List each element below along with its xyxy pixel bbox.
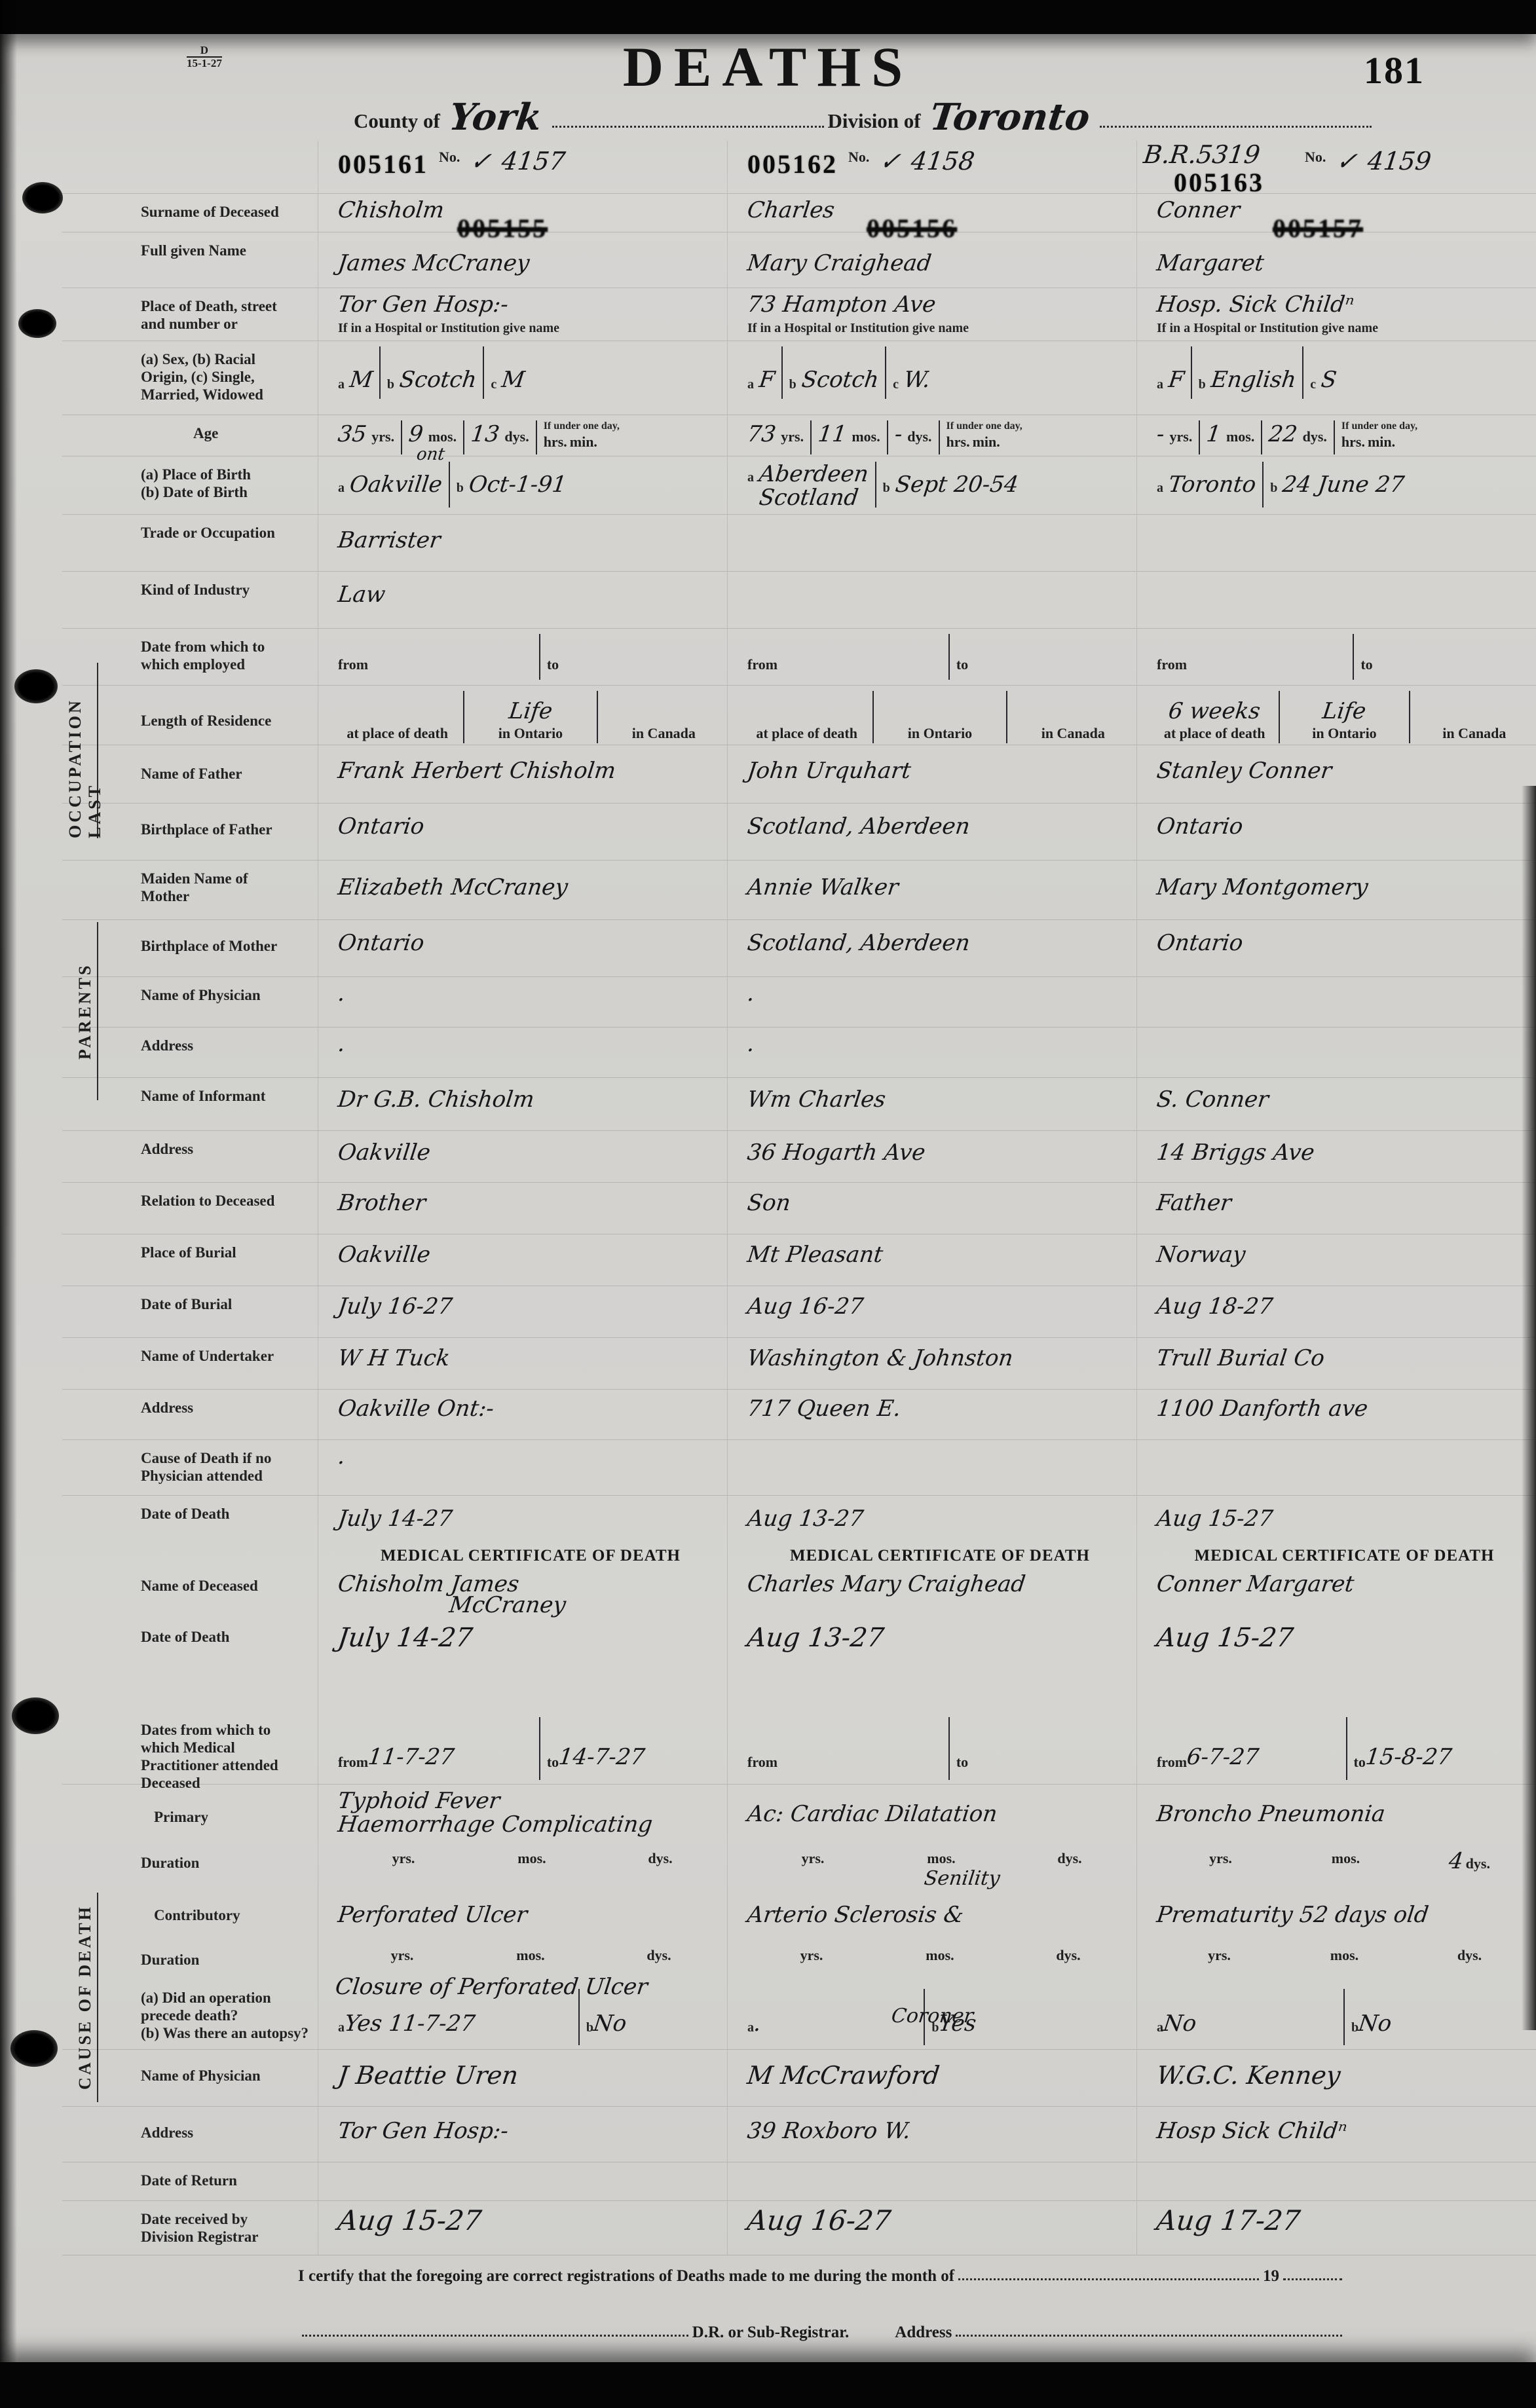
undertaker-value: Trull Burial Co <box>1136 1338 1536 1389</box>
attended-from: 6-7-27 <box>1186 1746 1260 1769</box>
record3-registration: B.R.5319 005163 No. ✓ 4159 <box>1136 141 1536 193</box>
row-informant: Name of Informant Dr G.B. Chisholm Wm Ch… <box>62 1078 1536 1131</box>
cause-no-physician-value <box>727 1440 1136 1495</box>
sex-origin-marital-value: aF bScotch cW. <box>727 341 1136 415</box>
undertaker-address-value: 1100 Danforth ave <box>1136 1390 1536 1439</box>
given-name-value: 005156 Mary Craighead <box>727 232 1136 287</box>
divider-line <box>401 420 402 454</box>
stamp-number: 005162 <box>747 149 838 179</box>
divider-line <box>1302 346 1303 399</box>
field-label: Duration <box>62 1942 318 1984</box>
marital-value: W. <box>903 369 931 392</box>
row-certifying-physician-address: Address Tor Gen Hosp:- 39 Roxboro W. Hos… <box>62 2107 1536 2162</box>
age-months: 1 <box>1205 423 1222 447</box>
page-number: 181 <box>1364 48 1425 92</box>
place-of-death-value: Hosp. Sick ChildⁿIf in a Hospital or Ins… <box>1136 288 1536 341</box>
medical-certificate-header: MEDICAL CERTIFICATE OF DEATH <box>727 1544 1136 1568</box>
row-informant-address: Address Oakville 36 Hogarth Ave 14 Brigg… <box>62 1131 1536 1183</box>
no-label: No. <box>439 149 460 166</box>
mother-value: Mary Montgomery <box>1136 861 1536 919</box>
divider-line <box>1409 691 1410 743</box>
date-of-return-value <box>318 2162 727 2200</box>
divider-line <box>948 1717 950 1780</box>
contributory-value: Perforated Ulcer <box>318 1887 727 1942</box>
autopsy-answer: No <box>1357 2012 1393 2036</box>
age-days: 22 <box>1267 423 1299 447</box>
year-prefix: 19 <box>1263 2267 1279 2286</box>
row-operation-autopsy: (a) Did an operationprecede death?(b) Wa… <box>62 1984 1536 2050</box>
cause-no-physician-value <box>1136 1440 1536 1495</box>
under-one-day-note: If under one day, <box>544 420 620 432</box>
burial-place-value: Norway <box>1136 1234 1536 1286</box>
row-place-of-death: Place of Death, streetand number or Tor … <box>62 288 1536 341</box>
birth-date: Oct-1-91 <box>468 473 568 497</box>
informant-address-value: Oakville <box>318 1131 727 1182</box>
row-certificate-date: Date of Death July 14-27 Aug 13-27 Aug 1… <box>62 1619 1536 1673</box>
field-label: (a) Place of Birth(b) Date of Birth <box>62 456 318 514</box>
birth-value: aToronto b24 June 27 <box>1136 456 1536 514</box>
row-mother-birthplace: Birthplace of Mother Ontario Scotland, A… <box>62 920 1536 977</box>
occupation-value <box>1136 515 1536 571</box>
physician-value <box>1136 977 1536 1027</box>
field-label: Name of Undertaker <box>62 1338 318 1389</box>
divider-line <box>597 691 598 743</box>
father-value: Frank Herbert Chisholm <box>318 745 727 803</box>
divider-line <box>1343 1989 1345 2045</box>
certify-text: I certify that the foregoing are correct… <box>298 2267 954 2286</box>
row-length-of-residence: Length of Residence at place of death Li… <box>62 686 1536 745</box>
father-birthplace-value: Ontario <box>318 804 727 860</box>
birth-value: aAberdeenScotland bSept 20-54 <box>727 456 1136 514</box>
occupation-value <box>727 515 1136 571</box>
birth-date: Sept 20-54 <box>894 473 1020 497</box>
certificate-name-line2: McCraney <box>448 1594 724 1618</box>
divider-line <box>1199 420 1200 454</box>
under-one-day-note: If under one day, <box>1341 420 1417 432</box>
relation-value: Father <box>1136 1183 1536 1234</box>
row-mother: Maiden Name ofMother Elizabeth McCraney … <box>62 861 1536 920</box>
row-occupation: Trade or Occupation Barrister <box>62 515 1536 572</box>
divider-line <box>483 346 484 399</box>
divider-line <box>539 634 540 680</box>
field-label: Name of Father <box>62 745 318 803</box>
duration-value: yrs. mos. dys. <box>318 1845 727 1887</box>
field-label: Relation to Deceased <box>62 1183 318 1234</box>
primary-cause-value: Ac: Cardiac Dilatation <box>727 1785 1136 1845</box>
racial-origin-value: Scotch <box>398 369 478 392</box>
field-label: Address <box>62 1131 318 1182</box>
field-label: Surname of Deceased <box>62 194 318 232</box>
row-burial-date: Date of Burial July 16-27 Aug 16-27 Aug … <box>62 1286 1536 1338</box>
punch-hole <box>18 309 56 338</box>
certificate-name-value: Conner Margaret <box>1136 1568 1536 1619</box>
birth-place: Oakville <box>348 473 443 497</box>
field-label: Length of Residence <box>62 686 318 745</box>
registrar-label: D.R. or Sub-Registrar. <box>692 2324 850 2342</box>
relation-value: Son <box>727 1183 1136 1234</box>
primary-cause-value: Broncho Pneumonia <box>1136 1785 1536 1845</box>
registration-number: 4158 <box>910 149 977 175</box>
birth-annotation: ont <box>415 446 445 464</box>
field-label: Dates from which towhich MedicalPractiti… <box>62 1712 318 1784</box>
row-date-of-death: Date of Death July 14-27 Aug 13-27 Aug 1… <box>62 1496 1536 1544</box>
autopsy-answer: No <box>592 2012 628 2036</box>
field-label: Age <box>62 415 318 456</box>
registration-number: 4157 <box>500 149 567 175</box>
father-birthplace-value: Ontario <box>1136 804 1536 860</box>
field-label: (a) Did an operationprecede death?(b) Wa… <box>62 1984 318 2049</box>
check-icon: ✓ <box>469 149 493 175</box>
row-certificate-name: Name of Deceased Chisholm JamesMcCraney … <box>62 1568 1536 1619</box>
field-label <box>62 1544 318 1568</box>
medical-certificate-header: MEDICAL CERTIFICATE OF DEATH <box>1136 1544 1536 1568</box>
divider-line <box>810 420 812 454</box>
county-value: York <box>447 98 544 137</box>
field-label: Address <box>62 2107 318 2162</box>
sex-origin-marital-value: aM bScotch cM <box>318 341 727 415</box>
certifying-physician-value: J Beattie Uren <box>318 2050 727 2106</box>
certifying-physician-address-value: 39 Roxboro W. <box>727 2107 1136 2162</box>
burial-place-value: Oakville <box>318 1234 727 1286</box>
row-date-received: Date received byDivision Registrar Aug 1… <box>62 2201 1536 2255</box>
informant-value: Dr G.B. Chisholm <box>318 1078 727 1130</box>
row-physician-address: Address . . <box>62 1028 1536 1078</box>
operation-autopsy-value: aNobNo <box>1136 1984 1536 2049</box>
field-label: Name of Informant <box>62 1078 318 1130</box>
division-label: Division of <box>828 109 921 133</box>
industry-value <box>1136 572 1536 628</box>
dotted-leader <box>1283 2272 1342 2280</box>
row-spacer <box>62 1673 1536 1712</box>
physician-address-value <box>1136 1028 1536 1077</box>
operation-answer: No <box>1162 2012 1198 2036</box>
attended-dates-value: fromto <box>727 1712 1136 1784</box>
stamp-number: 005161 <box>338 149 428 179</box>
age-days: - <box>893 423 904 447</box>
contributory-value: Prematurity 52 days old <box>1136 1887 1536 1942</box>
undertaker-address-value: 717 Queen E. <box>727 1390 1136 1439</box>
field-label: Birthplace of Mother <box>62 920 318 976</box>
dates-employed-value: fromto <box>318 629 727 685</box>
row-medical-certificate-header: MEDICAL CERTIFICATE OF DEATH MEDICAL CER… <box>62 1544 1536 1568</box>
row-age: Age 35yrs. 9mos. 13dys. If under one day… <box>62 415 1536 456</box>
field-label: Primary <box>62 1785 318 1845</box>
sex-value: M <box>348 369 374 392</box>
divider-line <box>539 1717 540 1780</box>
field-label: Date of Return <box>62 2162 318 2200</box>
row-primary-cause: Primary Typhoid FeverHaemorrhage Complic… <box>62 1785 1536 1845</box>
physician-address-value: . <box>727 1028 1136 1077</box>
field-label: Name of Physician <box>62 2050 318 2106</box>
divider-line <box>1279 691 1280 743</box>
dotted-leader <box>956 2328 1342 2337</box>
voided-stamp: 005156 <box>867 213 957 244</box>
given-name-value: 005157 Margaret <box>1136 232 1536 287</box>
divider-line <box>885 346 886 399</box>
field-label: Full given Name <box>62 232 318 287</box>
divider-line <box>781 346 783 399</box>
relation-value: Brother <box>318 1183 727 1234</box>
birth-place-line2: Scotland <box>758 487 860 510</box>
physician-value: . <box>727 977 1136 1027</box>
no-label: No. <box>848 149 869 166</box>
divider-line <box>1006 691 1007 743</box>
father-value: John Urquhart <box>727 745 1136 803</box>
scanned-death-register-page: D 15-1-27 DEATHS 181 County of York Divi… <box>0 0 1536 2408</box>
age-days: 13 <box>470 423 501 447</box>
field-label: Duration <box>62 1845 318 1887</box>
row-certifying-physician: Name of Physician J Beattie Uren M McCra… <box>62 2050 1536 2107</box>
under-one-day-note: If under one day, <box>946 420 1022 432</box>
duration-value: yrs.mos.dys. <box>1136 1942 1536 1984</box>
field-label: Kind of Industry <box>62 572 318 628</box>
burial-date-value: Aug 16-27 <box>727 1286 1136 1337</box>
divider-line <box>1353 634 1354 680</box>
age-years: 35 <box>337 423 368 447</box>
divider-line <box>1262 462 1264 508</box>
residence-in-ontario: Life <box>1321 700 1368 724</box>
divider-line <box>875 462 876 508</box>
divider-line <box>939 420 940 454</box>
hospital-note: If in a Hospital or Institution give nam… <box>1157 321 1532 336</box>
divider-line <box>1261 420 1262 454</box>
row-industry: Kind of Industry Law <box>62 572 1536 629</box>
place-of-death-value: Tor Gen Hosp:-If in a Hospital or Instit… <box>318 288 727 341</box>
row-date-of-return: Date of Return <box>62 2162 1536 2201</box>
contributory-value: SenilityArterio Sclerosis & <box>727 1887 1136 1942</box>
mother-value: Annie Walker <box>727 861 1136 919</box>
county-label: County of <box>354 109 440 133</box>
check-icon: ✓ <box>878 149 903 175</box>
register-table: 005161 No. ✓ 4157 005162 No. ✓ 4158 B.R.… <box>62 141 1536 2255</box>
field-label: (a) Sex, (b) RacialOrigin, (c) Single,Ma… <box>62 341 318 415</box>
physician-value: . <box>318 977 727 1027</box>
burial-date-value: July 16-27 <box>318 1286 727 1337</box>
date-received-value: Aug 17-27 <box>1136 2201 1536 2255</box>
operation-note: Closure of Perforated Ulcer <box>334 1976 649 1999</box>
field-label: Place of Death, streetand number or <box>62 288 318 341</box>
row-birth: (a) Place of Birth(b) Date of Birth ont … <box>62 456 1536 515</box>
attended-from: 11-7-27 <box>367 1746 456 1769</box>
certificate-name-value: Chisholm JamesMcCraney <box>318 1568 727 1619</box>
county-division-line: County of York Division of Toronto <box>354 98 1376 133</box>
sex-value: F <box>1167 369 1186 392</box>
place-of-death-value: 73 Hampton AveIf in a Hospital or Instit… <box>727 288 1136 341</box>
row-registration-numbers: 005161 No. ✓ 4157 005162 No. ✓ 4158 B.R.… <box>62 141 1536 194</box>
attended-to: 15-8-27 <box>1364 1746 1453 1769</box>
mother-value: Elizabeth McCraney <box>318 861 727 919</box>
age-value: -yrs. 1mos. 22dys. If under one day,hrs.… <box>1136 415 1536 456</box>
date-received-value: Aug 15-27 <box>318 2201 727 2255</box>
informant-value: S. Conner <box>1136 1078 1536 1130</box>
date-of-death-value: July 14-27 <box>318 1496 727 1544</box>
marital-value: S <box>1320 369 1338 392</box>
punch-hole <box>22 182 63 213</box>
certifying-physician-address-value: Tor Gen Hosp:- <box>318 2107 727 2162</box>
age-value: 73yrs. 11mos. -dys. If under one day,hrs… <box>727 415 1136 456</box>
age-months: 11 <box>817 423 848 447</box>
dates-employed-value: fromto <box>1136 629 1536 685</box>
physician-address-value: . <box>318 1028 727 1077</box>
field-label: Date of Death <box>62 1619 318 1673</box>
residence-value: 6 weeksat place of death Lifein Ontario … <box>1136 686 1536 745</box>
divider-line <box>463 420 464 454</box>
punch-hole <box>10 2030 58 2067</box>
field-label: Name of Deceased <box>62 1568 318 1619</box>
divider-line <box>887 420 888 454</box>
certifying-physician-value: M McCrawford <box>727 2050 1136 2106</box>
burial-place-value: Mt Pleasant <box>727 1234 1136 1286</box>
age-value: 35yrs. 9mos. 13dys. If under one day,hrs… <box>318 415 727 456</box>
occupation-value: Barrister <box>318 515 727 571</box>
field-label <box>62 141 318 193</box>
mother-birthplace-value: Scotland, Aberdeen <box>727 920 1136 976</box>
check-icon: ✓ <box>1335 149 1359 175</box>
field-label: Date received byDivision Registrar <box>62 2201 318 2255</box>
field-label: Birthplace of Father <box>62 804 318 860</box>
row-duration-primary: Duration yrs. mos. dys. yrs. mos. dys. y… <box>62 1845 1536 1887</box>
punch-hole <box>14 669 58 703</box>
record2-registration: 005162 No. ✓ 4158 <box>727 141 1136 193</box>
operation-autopsy-value: Closure of Perforated UlceraYes 11-7-27b… <box>318 1984 727 2049</box>
undertaker-value: W H Tuck <box>318 1338 727 1389</box>
field-label: Name of Physician <box>62 977 318 1027</box>
father-birthplace-value: Scotland, Aberdeen <box>727 804 1136 860</box>
mother-birthplace-value: Ontario <box>1136 920 1536 976</box>
field-label: Cause of Death if noPhysician attended <box>62 1440 318 1495</box>
voided-stamp: 005157 <box>1273 213 1363 244</box>
burial-date-value: Aug 18-27 <box>1136 1286 1536 1337</box>
residence-value: at place of death Lifein Ontario in Cana… <box>318 686 727 745</box>
age-months: 9 <box>407 423 424 447</box>
operation-autopsy-value: a.bYesCoroner <box>727 1984 1136 2049</box>
row-undertaker-address: Address Oakville Ont:- 717 Queen E. 1100… <box>62 1390 1536 1440</box>
attended-dates-value: from6-7-27to15-8-27 <box>1136 1712 1536 1784</box>
address-label: Address <box>895 2324 952 2342</box>
father-value: Stanley Conner <box>1136 745 1536 803</box>
page-title: DEATHS <box>0 34 1536 100</box>
undertaker-value: Washington & Johnston <box>727 1338 1136 1389</box>
row-burial-place: Place of Burial Oakville Mt Pleasant Nor… <box>62 1234 1536 1286</box>
division-value: Toronto <box>927 98 1092 137</box>
attended-dates-value: from11-7-27to14-7-27 <box>318 1712 727 1784</box>
residence-at-place: 6 weeks <box>1167 700 1262 724</box>
cause-no-physician-value: . <box>318 1440 727 1495</box>
given-name-value: 005155 James McCraney <box>318 232 727 287</box>
row-father: Name of Father Frank Herbert Chisholm Jo… <box>62 745 1536 804</box>
mother-birthplace-value: Ontario <box>318 920 727 976</box>
sex-origin-marital-value: aF bEnglish cS <box>1136 341 1536 415</box>
hospital-note: If in a Hospital or Institution give nam… <box>747 321 1133 336</box>
dotted-leader <box>552 119 824 128</box>
certifying-physician-value: W.G.C. Kenney <box>1136 2050 1536 2106</box>
registration-number: 4159 <box>1366 149 1433 175</box>
row-given-name: Full given Name 005155 James McCraney 00… <box>62 232 1536 288</box>
divider-line <box>449 462 450 508</box>
field-label: Address <box>62 1028 318 1077</box>
no-label: No. <box>1305 149 1326 166</box>
residence-in-ontario: Life <box>508 700 554 724</box>
medical-certificate-header: MEDICAL CERTIFICATE OF DEATH <box>318 1544 727 1568</box>
date-received-value: Aug 16-27 <box>727 2201 1136 2255</box>
punch-hole <box>12 1697 59 1734</box>
contributory-annotation: Senility <box>923 1868 1001 1889</box>
row-relation: Relation to Deceased Brother Son Father <box>62 1183 1536 1234</box>
divider-line <box>1191 346 1192 399</box>
divider-line <box>463 691 464 743</box>
duration-value: yrs.mos.dys. <box>727 1942 1136 1984</box>
row-cause-no-physician: Cause of Death if noPhysician attended . <box>62 1440 1536 1496</box>
operation-answer: . <box>753 2012 762 2036</box>
attended-to: 14-7-27 <box>557 1746 646 1769</box>
primary-cause-line2: Haemorrhage Complicating <box>337 1813 654 1837</box>
row-father-birthplace: Birthplace of Father Ontario Scotland, A… <box>62 804 1536 861</box>
field-label: Place of Burial <box>62 1234 318 1286</box>
voided-stamp: 005155 <box>457 213 548 244</box>
dotted-leader <box>958 2272 1259 2280</box>
autopsy-annotation: Coroner <box>890 2006 975 2027</box>
row-physician: Name of Physician . . <box>62 977 1536 1028</box>
certificate-date-value: Aug 15-27 <box>1136 1619 1536 1673</box>
field-label: Contributory <box>62 1887 318 1942</box>
certificate-name-value: Charles Mary Craighead <box>727 1568 1136 1619</box>
br-number: B.R.5319 <box>1142 142 1262 168</box>
age-years: - <box>1155 423 1166 447</box>
sex-value: F <box>758 369 776 392</box>
operation-answer: Yes 11-7-27 <box>343 2012 476 2036</box>
racial-origin-value: Scotch <box>800 369 880 392</box>
field-label: Date of Death <box>62 1496 318 1544</box>
dotted-leader <box>302 2328 688 2337</box>
field-label: Maiden Name ofMother <box>62 861 318 919</box>
divider-line <box>1334 420 1335 454</box>
field-label: Date from which towhich employed <box>62 629 318 685</box>
industry-value <box>727 572 1136 628</box>
informant-value: Wm Charles <box>727 1078 1136 1130</box>
industry-value: Law <box>318 572 727 628</box>
divider-line <box>872 691 874 743</box>
certificate-date-value: July 14-27 <box>318 1619 727 1673</box>
birth-value: ont aOakville bOct-1-91 <box>318 456 727 514</box>
residence-value: at place of death in Ontario in Canada <box>727 686 1136 745</box>
row-contributory-cause: Contributory Perforated Ulcer SenilityAr… <box>62 1887 1536 1942</box>
row-undertaker: Name of Undertaker W H Tuck Washington &… <box>62 1338 1536 1390</box>
row-practitioner-attended: Dates from which towhich MedicalPractiti… <box>62 1712 1536 1785</box>
row-dates-employed: Date from which towhich employed fromto … <box>62 629 1536 686</box>
age-years: 73 <box>746 423 777 447</box>
primary-cause-value: Typhoid FeverHaemorrhage Complicating <box>318 1785 727 1845</box>
undertaker-address-value: Oakville Ont:- <box>318 1390 727 1439</box>
dotted-leader <box>1100 119 1372 128</box>
divider-line <box>948 634 950 680</box>
date-of-death-value: Aug 15-27 <box>1136 1496 1536 1544</box>
field-label: Trade or Occupation <box>62 515 318 571</box>
date-of-death-value: Aug 13-27 <box>727 1496 1136 1544</box>
informant-address-value: 14 Briggs Ave <box>1136 1131 1536 1182</box>
record1-registration: 005161 No. ✓ 4157 <box>318 141 727 193</box>
certifying-physician-address-value: Hosp Sick Childⁿ <box>1136 2107 1536 2162</box>
birth-place: Aberdeen <box>758 463 870 487</box>
birth-date: 24 June 27 <box>1281 473 1406 497</box>
stamp-number: 005163 <box>1174 167 1264 198</box>
field-label: Date of Burial <box>62 1286 318 1337</box>
informant-address-value: 36 Hogarth Ave <box>727 1131 1136 1182</box>
marital-value: M <box>500 369 526 392</box>
date-of-return-value <box>727 2162 1136 2200</box>
row-sex-origin-marital: (a) Sex, (b) RacialOrigin, (c) Single,Ma… <box>62 341 1536 415</box>
divider-line <box>379 346 381 399</box>
divider-line <box>536 420 537 454</box>
